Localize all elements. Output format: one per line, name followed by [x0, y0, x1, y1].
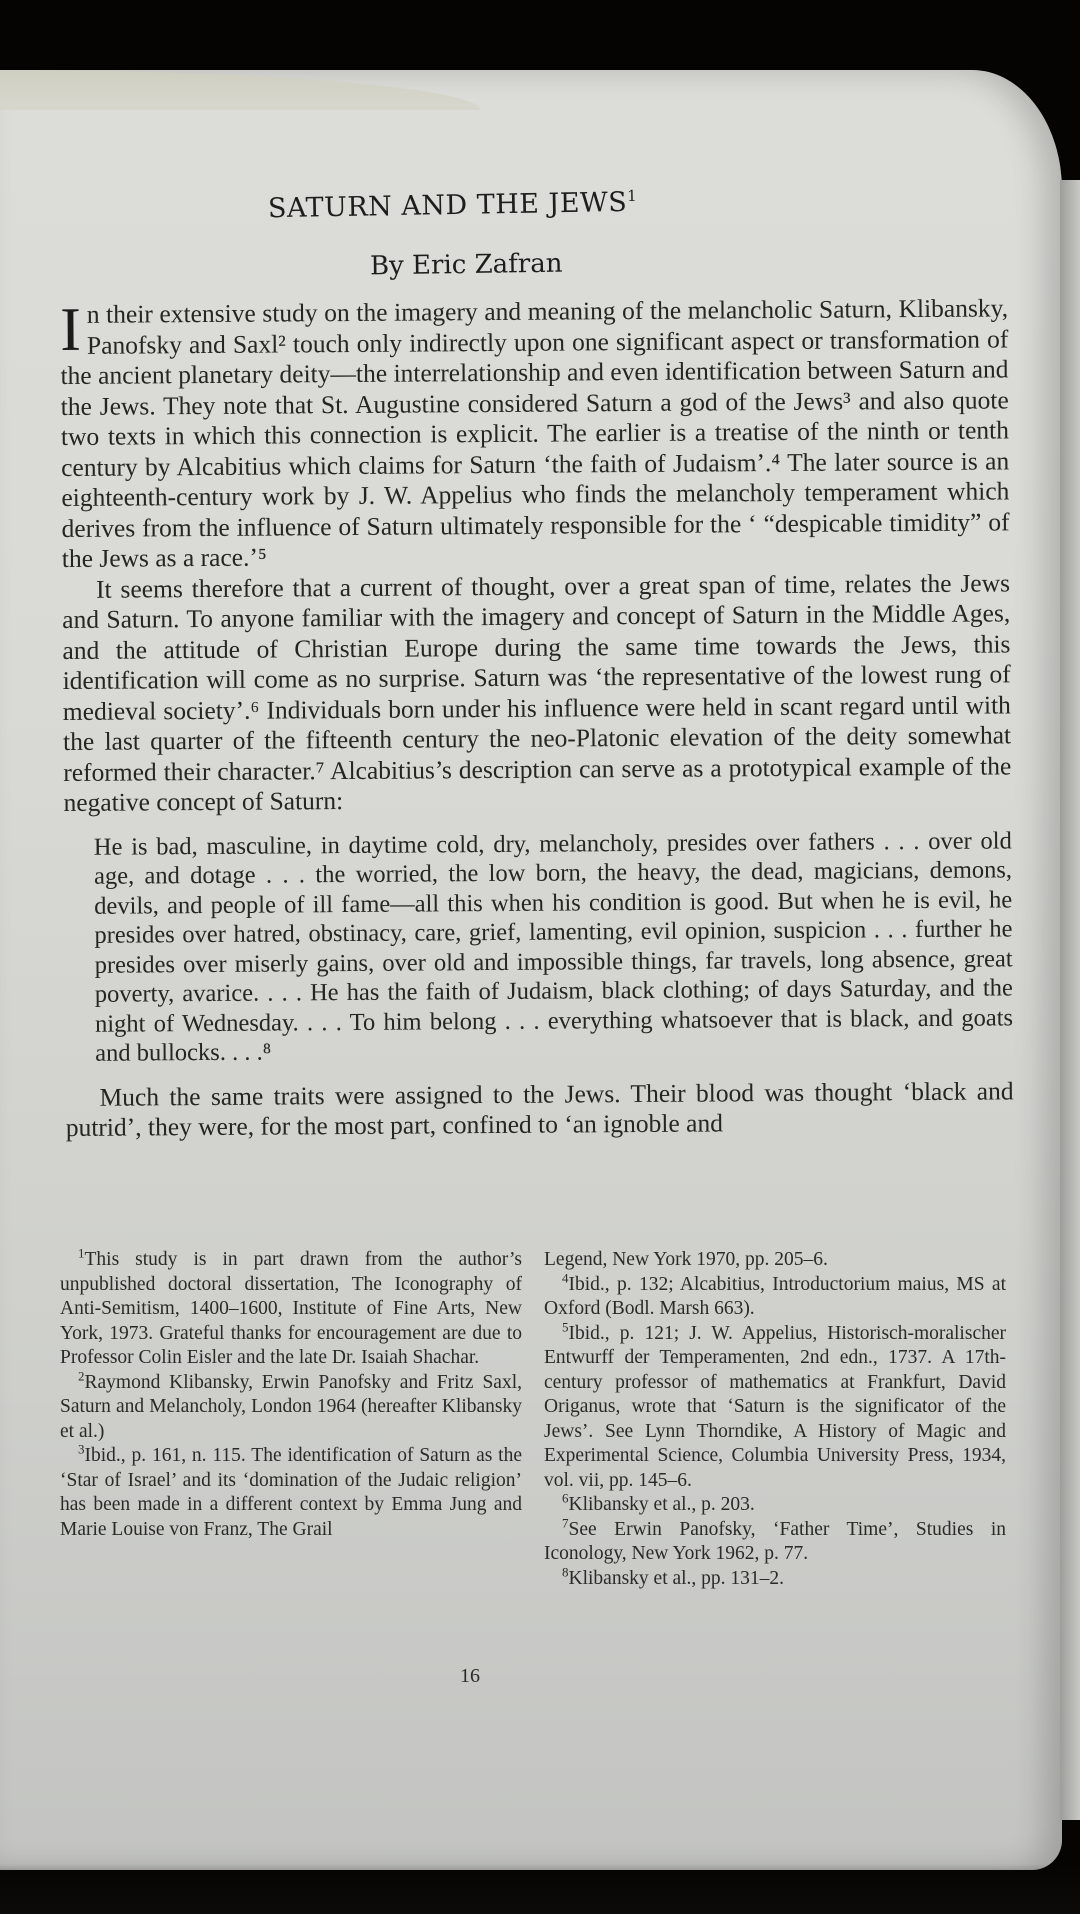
footnote-text: Klibansky et al., p. 203.: [569, 1494, 755, 1515]
footnote-6: 6Klibansky et al., p. 203.: [544, 1493, 1006, 1518]
footnote-3-continued: Legend, New York 1970, pp. 205–6.: [544, 1248, 1006, 1273]
next-page-edge: [1060, 180, 1080, 1820]
footnote-8: 8Klibansky et al., pp. 131–2.: [544, 1567, 1006, 1592]
page-number: 16: [460, 1665, 480, 1688]
footnote-text: Raymond Klibansky, Erwin Panofsky and Fr…: [60, 1372, 522, 1442]
paragraph-2: It seems therefore that a current of tho…: [62, 568, 1012, 819]
footnote-text: Ibid., p. 132; Alcabitius, Introductoriu…: [544, 1274, 1006, 1320]
paragraph-1-text: n their extensive study on the imagery a…: [60, 293, 1009, 573]
paragraph-1: In their extensive study on the imagery …: [60, 293, 1010, 574]
article-body: In their extensive study on the imagery …: [60, 293, 1014, 1143]
footnote-2: 2Raymond Klibansky, Erwin Panofsky and F…: [60, 1371, 522, 1445]
footnote-text: Klibansky et al., pp. 131–2.: [569, 1568, 785, 1589]
article-author: By Eric Zafran: [370, 249, 563, 282]
footnote-text: This study is in part drawn from the aut…: [60, 1249, 522, 1368]
title-text: SATURN AND THE JEWS: [268, 187, 628, 224]
footnote-text: Ibid., p. 121; J. W. Appelius, Historisc…: [544, 1323, 1006, 1491]
drop-cap: I: [60, 304, 81, 356]
footnote-text: Ibid., p. 161, n. 115. The identificatio…: [60, 1445, 522, 1540]
article-title: SATURN AND THE JEWS1: [268, 187, 638, 224]
block-quote: He is bad, masculine, in daytime cold, d…: [94, 826, 1014, 1068]
footnote-7: 7See Erwin Panofsky, ‘Father Time’, Stud…: [544, 1518, 1006, 1567]
paragraph-3: Much the same traits were assigned to th…: [65, 1076, 1013, 1144]
bottom-shadow: [0, 1864, 1080, 1914]
footnote-text: See Erwin Panofsky, ‘Father Time’, Studi…: [544, 1519, 1006, 1565]
footnotes-right-column: Legend, New York 1970, pp. 205–6. 4Ibid.…: [544, 1248, 1006, 1591]
footnotes: 1This study is in part drawn from the au…: [60, 1248, 1010, 1591]
footnotes-left-column: 1This study is in part drawn from the au…: [60, 1248, 522, 1591]
footnote-3: 3Ibid., p. 161, n. 115. The identificati…: [60, 1444, 522, 1542]
title-footnote-mark: 1: [627, 187, 637, 205]
footnote-1: 1This study is in part drawn from the au…: [60, 1248, 522, 1371]
footnote-5: 5Ibid., p. 121; J. W. Appelius, Historis…: [544, 1322, 1006, 1494]
footnote-4: 4Ibid., p. 132; Alcabitius, Introductori…: [544, 1273, 1006, 1322]
